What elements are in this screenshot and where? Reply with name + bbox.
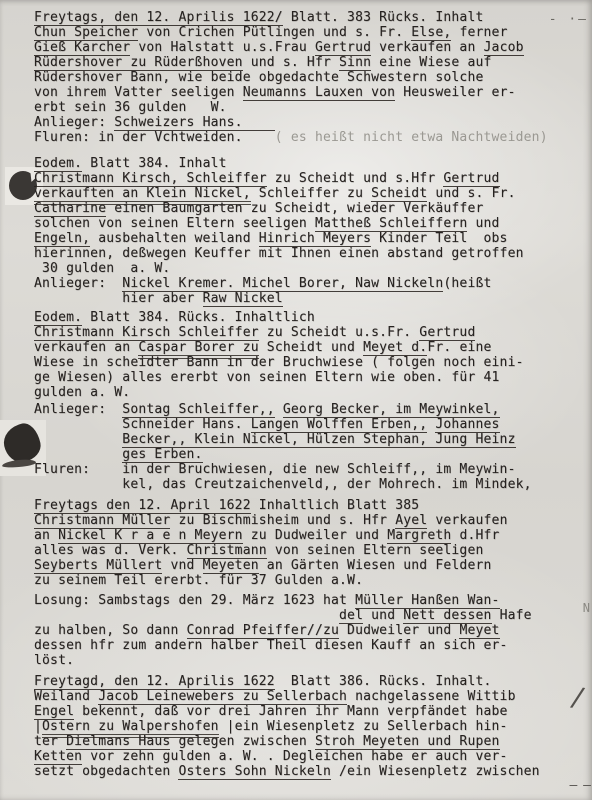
record-section-blatt-386-ruecks: Freytagd, den 12. Aprilis 1622 Blatt 386… bbox=[34, 674, 592, 779]
underlined-name: Langen Wolffen Erben,, bbox=[251, 417, 428, 433]
text-segment: zu Scheidt und s.Hfr bbox=[267, 171, 444, 186]
text-segment: gelegen zwischen bbox=[170, 734, 314, 749]
text-segment: Heusweiler er- bbox=[395, 85, 515, 100]
document-page: - ·— N / — — Freytags, den 12. Aprilis 1… bbox=[0, 0, 592, 800]
text-segment: einen Baumgarten zu Scheidt, wieder Verk… bbox=[106, 201, 483, 216]
text-line: Freytags, den 12. Aprilis 1622/ Blatt. 3… bbox=[34, 10, 592, 25]
text-segment bbox=[34, 447, 122, 462]
text-line: Fluren: in der Bruchwiesen, die new Schl… bbox=[34, 462, 592, 477]
underlined-name: Stroh Meyeten und Rupen bbox=[315, 734, 500, 750]
text-segment: Inhaltlich Blatt 385 bbox=[251, 498, 420, 513]
text-segment bbox=[34, 432, 122, 447]
text-segment: Fr. eine bbox=[427, 340, 491, 355]
underlined-name: Christmann Kirsch, Schleiffer bbox=[34, 171, 267, 187]
text-line: Anlieger: Nickel Kremer. Michel Borer, N… bbox=[34, 276, 592, 291]
text-line: |Ostern zu Walpershofen |ein Wiesenpletz… bbox=[34, 719, 592, 734]
text-segment: von seinen Eltern seeligen bbox=[267, 543, 484, 558]
text-segment: zu halben, So dann bbox=[34, 623, 187, 638]
underlined-name: Johannes bbox=[435, 417, 499, 433]
underlined-name: Eodem. bbox=[34, 310, 82, 326]
text-segment: |ein Wiesenpletz zu Sellerbach hin- bbox=[219, 719, 508, 734]
text-segment: eine Wiese auf bbox=[371, 55, 491, 70]
text-segment: zu Scheidt u.s.Fr. bbox=[259, 325, 420, 340]
underlined-name: Rüdershover zu Rüderßhoven bbox=[34, 55, 243, 71]
underlined-name: del bbox=[339, 608, 363, 624]
text-segment: setzt obgedachten bbox=[34, 764, 178, 779]
underlined-name: Ayel bbox=[395, 513, 427, 529]
text-line: hierinnen, deßwegen Keuffer mit Ihnen ei… bbox=[34, 246, 592, 261]
text-segment: verkaufen an bbox=[34, 340, 138, 355]
text-line: Seyberts Müllert vnd Meyeten an Gärten W… bbox=[34, 558, 592, 573]
text-line: Ketten vor zehn gulden a. W. . Degleiche… bbox=[34, 749, 592, 764]
underlined-name: Nickel K r a e n Meyern bbox=[58, 528, 243, 544]
text-segment: an Gärten Wiesen und Feldern bbox=[259, 558, 492, 573]
text-segment: und bbox=[363, 608, 403, 623]
text-segment: alles was d. Verk. bbox=[34, 543, 187, 558]
text-segment: hier aber bbox=[34, 291, 203, 306]
underlined-name: Jacob Leinewebers zu Sellerbach bbox=[98, 689, 347, 705]
text-segment: von ihrem Vatter seeligen bbox=[34, 85, 243, 100]
text-line: gulden a. W. bbox=[34, 385, 592, 400]
text-line: kel, das Creutzaichenveld,, der Mohrech.… bbox=[34, 477, 592, 492]
text-segment: Weiland bbox=[34, 689, 98, 704]
underlined-name: Nickel Kremer. Michel Borer, Naw Nickeln bbox=[122, 276, 443, 292]
underlined-name: Meyet d. bbox=[363, 340, 427, 356]
text-segment: Anlieger: bbox=[34, 115, 114, 130]
underlined-name: Scheidt bbox=[371, 186, 427, 202]
text-line: Eodem. Blatt 384. Rücks. Inhaltlich bbox=[34, 310, 592, 325]
text-line: del und Nett dessen Hafe bbox=[34, 608, 592, 623]
record-section-anlieger-fluren-block: Anlieger: Sontag Schleiffer,, Georg Beck… bbox=[34, 402, 592, 492]
text-segment: ausbehalten weiland bbox=[90, 231, 259, 246]
text-segment: von Halstatt u.s.Frau bbox=[130, 40, 315, 55]
underlined-name: Engel bbox=[34, 704, 74, 720]
text-line: Christmann Kirsch, Schleiffer zu Scheidt… bbox=[34, 171, 592, 186]
text-segment: dessen hfr zum andern halber Theil diese… bbox=[34, 638, 508, 653]
underlined-name: Margreth bbox=[387, 528, 451, 544]
text-segment bbox=[275, 402, 283, 417]
text-line: ge Wiesen) alles ererbt von seinen Elter… bbox=[34, 370, 592, 385]
underlined-name: Gertrud bbox=[315, 40, 371, 56]
text-line: Rüdershover zu Rüderßhoven und s. Hfr Si… bbox=[34, 55, 592, 70]
text-line: zu halben, So dann Conrad Pfeiffer//zu D… bbox=[34, 623, 592, 638]
underlined-name: Raw Nickel bbox=[203, 291, 283, 307]
text-segment: und bbox=[467, 216, 499, 231]
text-line: 30 gulden a. W. bbox=[34, 261, 592, 276]
text-segment: Blatt 384. Rücks. Inhaltlich bbox=[82, 310, 315, 325]
text-line: Eodem. Blatt 384. Inhalt bbox=[34, 156, 592, 171]
text-line: von ihrem Vatter seeligen Neumanns Lauxe… bbox=[34, 85, 592, 100]
text-segment: gulden a. W. bbox=[34, 385, 130, 400]
text-line: Freytags den 12. April 1622 Inhaltlich B… bbox=[34, 498, 592, 513]
text-line: Christmann Müller zu Bischmisheim und s.… bbox=[34, 513, 592, 528]
text-segment: erbt sein 36 gulden W. bbox=[34, 100, 227, 115]
text-segment: und s. Fr. bbox=[427, 186, 515, 201]
text-segment: Kinder Teil obs bbox=[371, 231, 507, 246]
margin-bottom-dash-mark: — — bbox=[570, 778, 590, 793]
text-line: Freytagd, den 12. Aprilis 1622 Blatt 386… bbox=[34, 674, 592, 689]
text-line: an Nickel K r a e n Meyern zu Dudweiler … bbox=[34, 528, 592, 543]
text-line: Losung: Sambstags den 29. März 1623 hat … bbox=[34, 593, 592, 608]
underlined-name: Engeln, bbox=[34, 231, 90, 247]
underlined-name: Sontag Schleiffer,, bbox=[122, 402, 275, 418]
text-segment: verkaufen an bbox=[371, 40, 483, 55]
text-segment: zu seinem Teil ererbt. für 37 Gulden a.W… bbox=[34, 573, 363, 588]
text-segment: Dudweiler und bbox=[339, 623, 459, 638]
underlined-name: Ketten bbox=[34, 749, 82, 765]
underlined-name: Seyberts Müllert bbox=[34, 558, 162, 574]
text-segment: Blatt 384. Inhalt bbox=[82, 156, 226, 171]
record-section-blatt-385: Freytags den 12. April 1622 Inhaltlich B… bbox=[34, 498, 592, 588]
text-line: Weiland Jacob Leinewebers zu Sellerbach … bbox=[34, 689, 592, 704]
text-line: setzt obgedachten Osters Sohn Nickeln /e… bbox=[34, 764, 592, 779]
text-line: hier aber Raw Nickel bbox=[34, 291, 592, 306]
text-line: ges Erben. bbox=[34, 447, 592, 462]
underlined-name: Mattheß Schleiffern bbox=[315, 216, 468, 232]
underlined-name: Christmann bbox=[187, 543, 267, 559]
record-section-blatt-384-ruecks: Eodem. Blatt 384. Rücks. InhaltlichChris… bbox=[34, 310, 592, 400]
underlined-name: Georg Becker, im Meywinkel, bbox=[283, 402, 500, 418]
text-line: dessen hfr zum andern halber Theil diese… bbox=[34, 638, 592, 653]
underlined-name: Gertrud bbox=[419, 325, 475, 341]
text-segment: verkaufen bbox=[427, 513, 507, 528]
text-segment: löst. bbox=[34, 653, 74, 668]
underlined-name: ges Erben. bbox=[122, 447, 202, 463]
text-line: Christmann Kirsch Schleiffer zu Scheidt … bbox=[34, 325, 592, 340]
underlined-name: Becker,, Klein Nickel, Hülzen Stephan, J… bbox=[122, 432, 515, 448]
text-segment: vor zehn gulden a. W. . Degleichen habe … bbox=[82, 749, 507, 764]
underlined-name: Chun Speicher bbox=[34, 25, 138, 41]
text-line: Chun Speicher von Crichen Pütlingen und … bbox=[34, 25, 592, 40]
text-segment: vnd bbox=[162, 558, 202, 573]
text-segment: Blatt 386. Rücks. Inhalt. bbox=[275, 674, 492, 689]
underlined-name: Gertrud bbox=[443, 171, 499, 187]
text-line: zu seinem Teil ererbt. für 37 Gulden a.W… bbox=[34, 573, 592, 588]
underlined-name: Hinrich Meyers bbox=[259, 231, 371, 247]
underlined-name: Meyet bbox=[459, 623, 499, 639]
text-segment: kel, das Creutzaichenveld,, der Mohrech.… bbox=[34, 477, 532, 492]
record-section-blatt-383-ruecks: Freytags, den 12. Aprilis 1622/ Blatt. 3… bbox=[34, 10, 592, 145]
text-segment bbox=[34, 608, 339, 623]
text-segment: (heißt bbox=[443, 276, 491, 291]
text-segment: Fluren: in der Vchtweiden. bbox=[34, 130, 243, 145]
text-segment: nachgelassene Wittib bbox=[347, 689, 516, 704]
underlined-name: Schweizers Hans. bbox=[114, 115, 275, 131]
text-line: verkaufen an Caspar Borer zu Scheidt und… bbox=[34, 340, 592, 355]
text-line: Fluren: in der Vchtweiden. ( es heißt ni… bbox=[34, 130, 592, 145]
text-line: Engeln, ausbehalten weiland Hinrich Meye… bbox=[34, 231, 592, 246]
underlined-name: Osters Sohn Nickeln bbox=[178, 764, 331, 780]
underlined-name: Freytags den 12. April 1622 bbox=[34, 498, 251, 514]
text-line: Catharine einen Baumgarten zu Scheidt, w… bbox=[34, 201, 592, 216]
text-segment: Anlieger: bbox=[34, 276, 122, 291]
record-section-blatt-384: Eodem. Blatt 384. InhaltChristmann Kirsc… bbox=[34, 156, 592, 306]
underlined-name: Dielmans Haus bbox=[66, 734, 170, 750]
text-column: Freytags, den 12. Aprilis 1622/ Blatt. 3… bbox=[34, 10, 592, 779]
text-segment: Hafe bbox=[492, 608, 532, 623]
text-segment: und s. Hfr bbox=[243, 55, 339, 70]
text-segment: ge Wiesen) alles ererbt von seinen Elter… bbox=[34, 370, 500, 385]
text-segment: hierinnen, deßwegen Keuffer mit Ihnen ei… bbox=[34, 246, 524, 261]
faint-annotation: ( es heißt nicht etwa Nachtweiden) bbox=[243, 130, 548, 145]
text-segment: d.Hfr bbox=[451, 528, 499, 543]
text-segment: bekennt, daß vor drei Jahren ihr Mann ve… bbox=[74, 704, 507, 719]
underlined-name: Sinn bbox=[339, 55, 371, 71]
text-segment: Schneider Hans. bbox=[34, 417, 251, 432]
text-segment: Scheidt und bbox=[259, 340, 363, 355]
text-segment: zu Bischmisheim und s. Hfr bbox=[170, 513, 395, 528]
text-line: Schneider Hans. Langen Wolffen Erben,, J… bbox=[34, 417, 592, 432]
text-segment: | bbox=[34, 719, 42, 734]
text-segment: 30 gulden a. W. bbox=[34, 261, 170, 276]
underlined-name: Jacob bbox=[484, 40, 524, 56]
text-segment: zu Dudweiler und bbox=[243, 528, 387, 543]
underlined-name: Christmann Müller bbox=[34, 513, 170, 529]
text-segment: Rüdershover Bann, wie beide obgedachte S… bbox=[34, 70, 484, 85]
text-segment: ter bbox=[34, 734, 66, 749]
text-segment: Fluren: in der Bruchwiesen, die new Schl… bbox=[34, 462, 516, 477]
text-segment: solchen von seinen Eltern seeligen bbox=[34, 216, 315, 231]
text-line: löst. bbox=[34, 653, 592, 668]
text-segment: Blatt. 383 Rücks. Inhalt bbox=[283, 10, 484, 25]
underlined-name: Else, bbox=[411, 25, 451, 41]
text-line: ter Dielmans Haus gelegen zwischen Stroh… bbox=[34, 734, 592, 749]
text-segment: /ein Wiesenpletz zwischen bbox=[331, 764, 540, 779]
record-section-losung-1623: Losung: Sambstags den 29. März 1623 hat … bbox=[34, 593, 592, 668]
text-line: Becker,, Klein Nickel, Hülzen Stephan, J… bbox=[34, 432, 592, 447]
text-line: Anlieger: Schweizers Hans. bbox=[34, 115, 592, 130]
underlined-name: Eodem. bbox=[34, 156, 82, 172]
text-line: Anlieger: Sontag Schleiffer,, Georg Beck… bbox=[34, 402, 592, 417]
text-line: Wiese in scheidter Bann in der Bruchwies… bbox=[34, 355, 592, 370]
underlined-name: Müller Hanßen Wan- bbox=[355, 593, 499, 609]
text-line: verkauften an Klein Nickel, Schleiffer z… bbox=[34, 186, 592, 201]
text-segment: an bbox=[34, 528, 58, 543]
underlined-name: Freytags, den 12. Aprilis 1622/ bbox=[34, 10, 283, 26]
underlined-name: Neumanns Lauxen von bbox=[243, 85, 396, 101]
underlined-name: Christmann Kirsch Schleiffer bbox=[34, 325, 259, 341]
underlined-name: Catharine bbox=[34, 201, 106, 217]
text-segment: von Crichen Pütlingen und s. Fr. bbox=[138, 25, 411, 40]
text-line: solchen von seinen Eltern seeligen Matth… bbox=[34, 216, 592, 231]
underlined-name: Nett dessen bbox=[403, 608, 491, 624]
text-line: Engel bekennt, daß vor drei Jahren ihr M… bbox=[34, 704, 592, 719]
underlined-name: Meyeten bbox=[203, 558, 259, 574]
text-line: Rüdershover Bann, wie beide obgedachte S… bbox=[34, 70, 592, 85]
underlined-name: Conrad Pfeiffer//zu bbox=[187, 623, 340, 639]
text-segment: Schleiffer zu bbox=[251, 186, 371, 201]
text-segment: Anlieger: bbox=[34, 402, 122, 417]
text-segment: Losung: Sambstags den 29. März 1623 hat bbox=[34, 593, 355, 608]
text-line: alles was d. Verk. Christmann von seinen… bbox=[34, 543, 592, 558]
text-segment: Wiese in scheidter Bann in der Bruchwies… bbox=[34, 355, 524, 370]
text-segment: ferner bbox=[451, 25, 507, 40]
text-line: erbt sein 36 gulden W. bbox=[34, 100, 592, 115]
underlined-name: Gieß Karcher bbox=[34, 40, 130, 56]
text-line: Gieß Karcher von Halstatt u.s.Frau Gertr… bbox=[34, 40, 592, 55]
underlined-name: Freytagd, den 12. Aprilis 1622 bbox=[34, 674, 275, 690]
